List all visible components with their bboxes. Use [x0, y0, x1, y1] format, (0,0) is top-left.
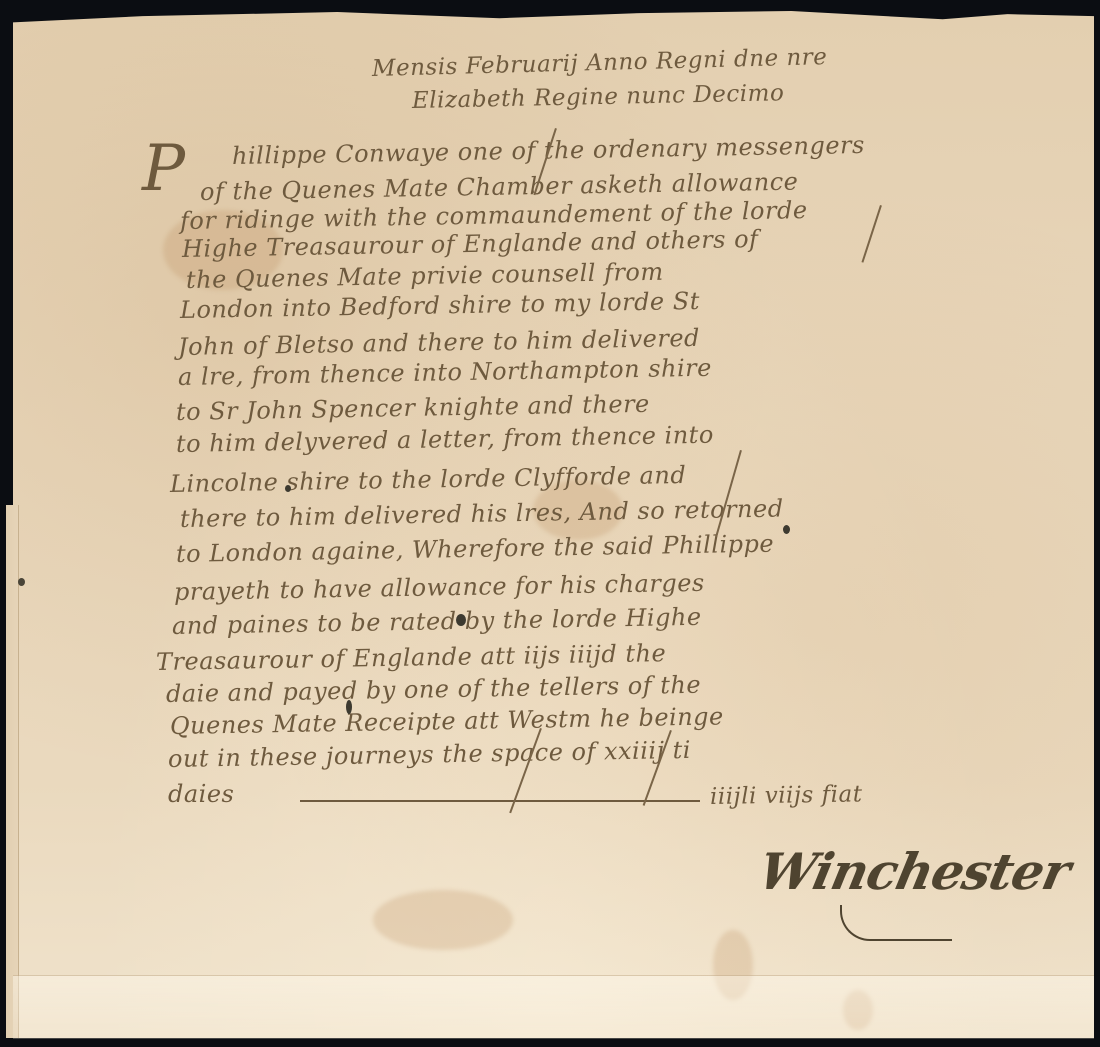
ink-blot [783, 525, 790, 534]
fold-band [13, 975, 1094, 1039]
ink-blot [285, 485, 291, 492]
document-viewer: Mensis Februarij Anno Regni dne nre Eliz… [0, 0, 1100, 1047]
paper-edge-fragment [6, 505, 19, 1038]
paper-stain [373, 890, 513, 950]
ink-blot [456, 614, 466, 626]
signature: Winchester [754, 842, 1075, 901]
amount-text: iiijli viijs fiat [710, 781, 863, 810]
body-line: daies [168, 780, 234, 808]
signature-flourish [840, 905, 952, 941]
edge-blemish [18, 578, 25, 586]
fill-rule [300, 800, 700, 802]
decorated-initial: P [142, 132, 185, 206]
ink-blot [346, 700, 352, 714]
